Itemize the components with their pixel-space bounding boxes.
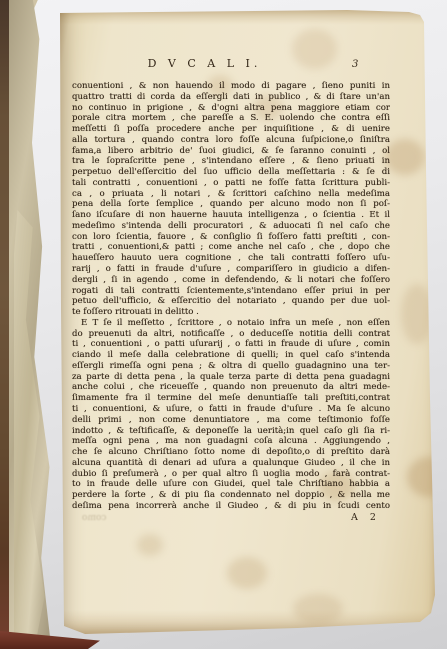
foxing-stain xyxy=(137,534,163,556)
text-line: ſimamente fra il termine del meſe denunt… xyxy=(72,393,390,404)
text-line: medeſimo s'intenda delli procuratori , &… xyxy=(72,221,390,232)
text-line: meſſa ogni pena , ma non guadagni coſa a… xyxy=(72,436,390,447)
text-line: dergli , ſi in agendo , come in defenden… xyxy=(72,275,390,286)
text-line: con loro ſcientia, fauore , & conſiglio … xyxy=(72,232,390,243)
text-line: no continuo in prigione , & d'ogni altra… xyxy=(72,103,390,114)
text-line: ca , o priuata , li notari , & ſcrittori… xyxy=(72,189,390,200)
text-line: ciando il meſe dalla celebratione di que… xyxy=(72,350,390,361)
text-block: conuentioni , & non hauendo il modo di p… xyxy=(72,81,390,512)
text-line: perpetuo dell'eſſercitio del ſuo ufficio… xyxy=(72,167,390,178)
text-line: rarij , o fatti in fraude d'uſure , comp… xyxy=(72,264,390,275)
text-line: za parte di detta pena , la quale terza … xyxy=(72,372,390,383)
book-page: D V C A L I. 3 conuentioni , & non hauen… xyxy=(57,9,437,635)
text-line: do preuenuti da altri, notificaſſe , o d… xyxy=(72,329,390,340)
text-line: eſſergli rimeſſa ogni pena ; & oltra di … xyxy=(72,361,390,372)
text-line: porale citra mortem , che pareſſe a S. E… xyxy=(72,113,390,124)
photo: D V C A L I. 3 conuentioni , & non hauen… xyxy=(0,0,447,649)
text-line: deſima pena incorrerà anche il Giudeo , … xyxy=(72,501,390,512)
text-line: fama,a libero arbitrio de' ſuoi giudici,… xyxy=(72,146,390,157)
text-line: te foſſero ritrouati in delitto . xyxy=(72,307,390,318)
text-line: alla tortura , quando contra loro foſſe … xyxy=(72,135,390,146)
text-line: ti , conuentioni , o patti uſurarij , o … xyxy=(72,339,390,350)
text-line: perdere la ſorte , & di piu ſia condenna… xyxy=(72,490,390,501)
text-line: conuentioni , & non hauendo il modo di p… xyxy=(72,81,390,92)
text-line: ſano iſcuſare di non hauerne hauuta inte… xyxy=(72,210,390,221)
text-line: tratti , conuentioni,& patti ; come anch… xyxy=(72,242,390,253)
text-line: tra le ſopraſcritte pene , s'intendano e… xyxy=(72,156,390,167)
text-line: indotto , & teſtificaſſe, & deponeſſe la… xyxy=(72,426,390,437)
text-line: to in fraude delle uſure con Giudei, que… xyxy=(72,479,390,490)
running-head: D V C A L I. xyxy=(72,57,337,70)
text-line: quattro tratti di corda da eſſergli dati… xyxy=(72,92,390,103)
text-line: che ſe alcuno Chriſtiano ſotto nome di d… xyxy=(72,447,390,458)
text-line: alcuna quantità di denari ad uſura a qua… xyxy=(72,458,390,469)
text-line: tali contratti , conuentioni , o patti n… xyxy=(72,178,390,189)
foxing-stain xyxy=(227,557,267,589)
text-line: anche colui , che riceueſſe , quando non… xyxy=(72,382,390,393)
text-line: ti , conuentioni, & uſure, o fatti in fr… xyxy=(72,404,390,415)
text-line: rogati di tali contratti ſcientemente,s'… xyxy=(72,286,390,297)
text-line: meſſetti ſi poſſa procedere anche per in… xyxy=(72,124,390,135)
folio-number: 3 xyxy=(352,59,358,70)
show-through-text: como xyxy=(82,513,106,523)
text-line: dubio ſi preſumerà , o per qual altro ſi… xyxy=(72,469,390,480)
foxing-stain xyxy=(293,594,343,624)
text-line: delli primi , non come denuntiatore , ma… xyxy=(72,415,390,426)
foxing-stain xyxy=(385,139,425,175)
text-line: pena della ſorte ſemplice , quando per a… xyxy=(72,199,390,210)
text-line: E T ſe il meſſetto , ſcrittore , o notai… xyxy=(72,318,390,329)
text-line: haueſſero hauuto uera cognitione , che t… xyxy=(72,253,390,264)
signature-mark: A 2 xyxy=(351,512,376,523)
text-line: petuo dell'ufficio, & eſſercitio del not… xyxy=(72,296,390,307)
